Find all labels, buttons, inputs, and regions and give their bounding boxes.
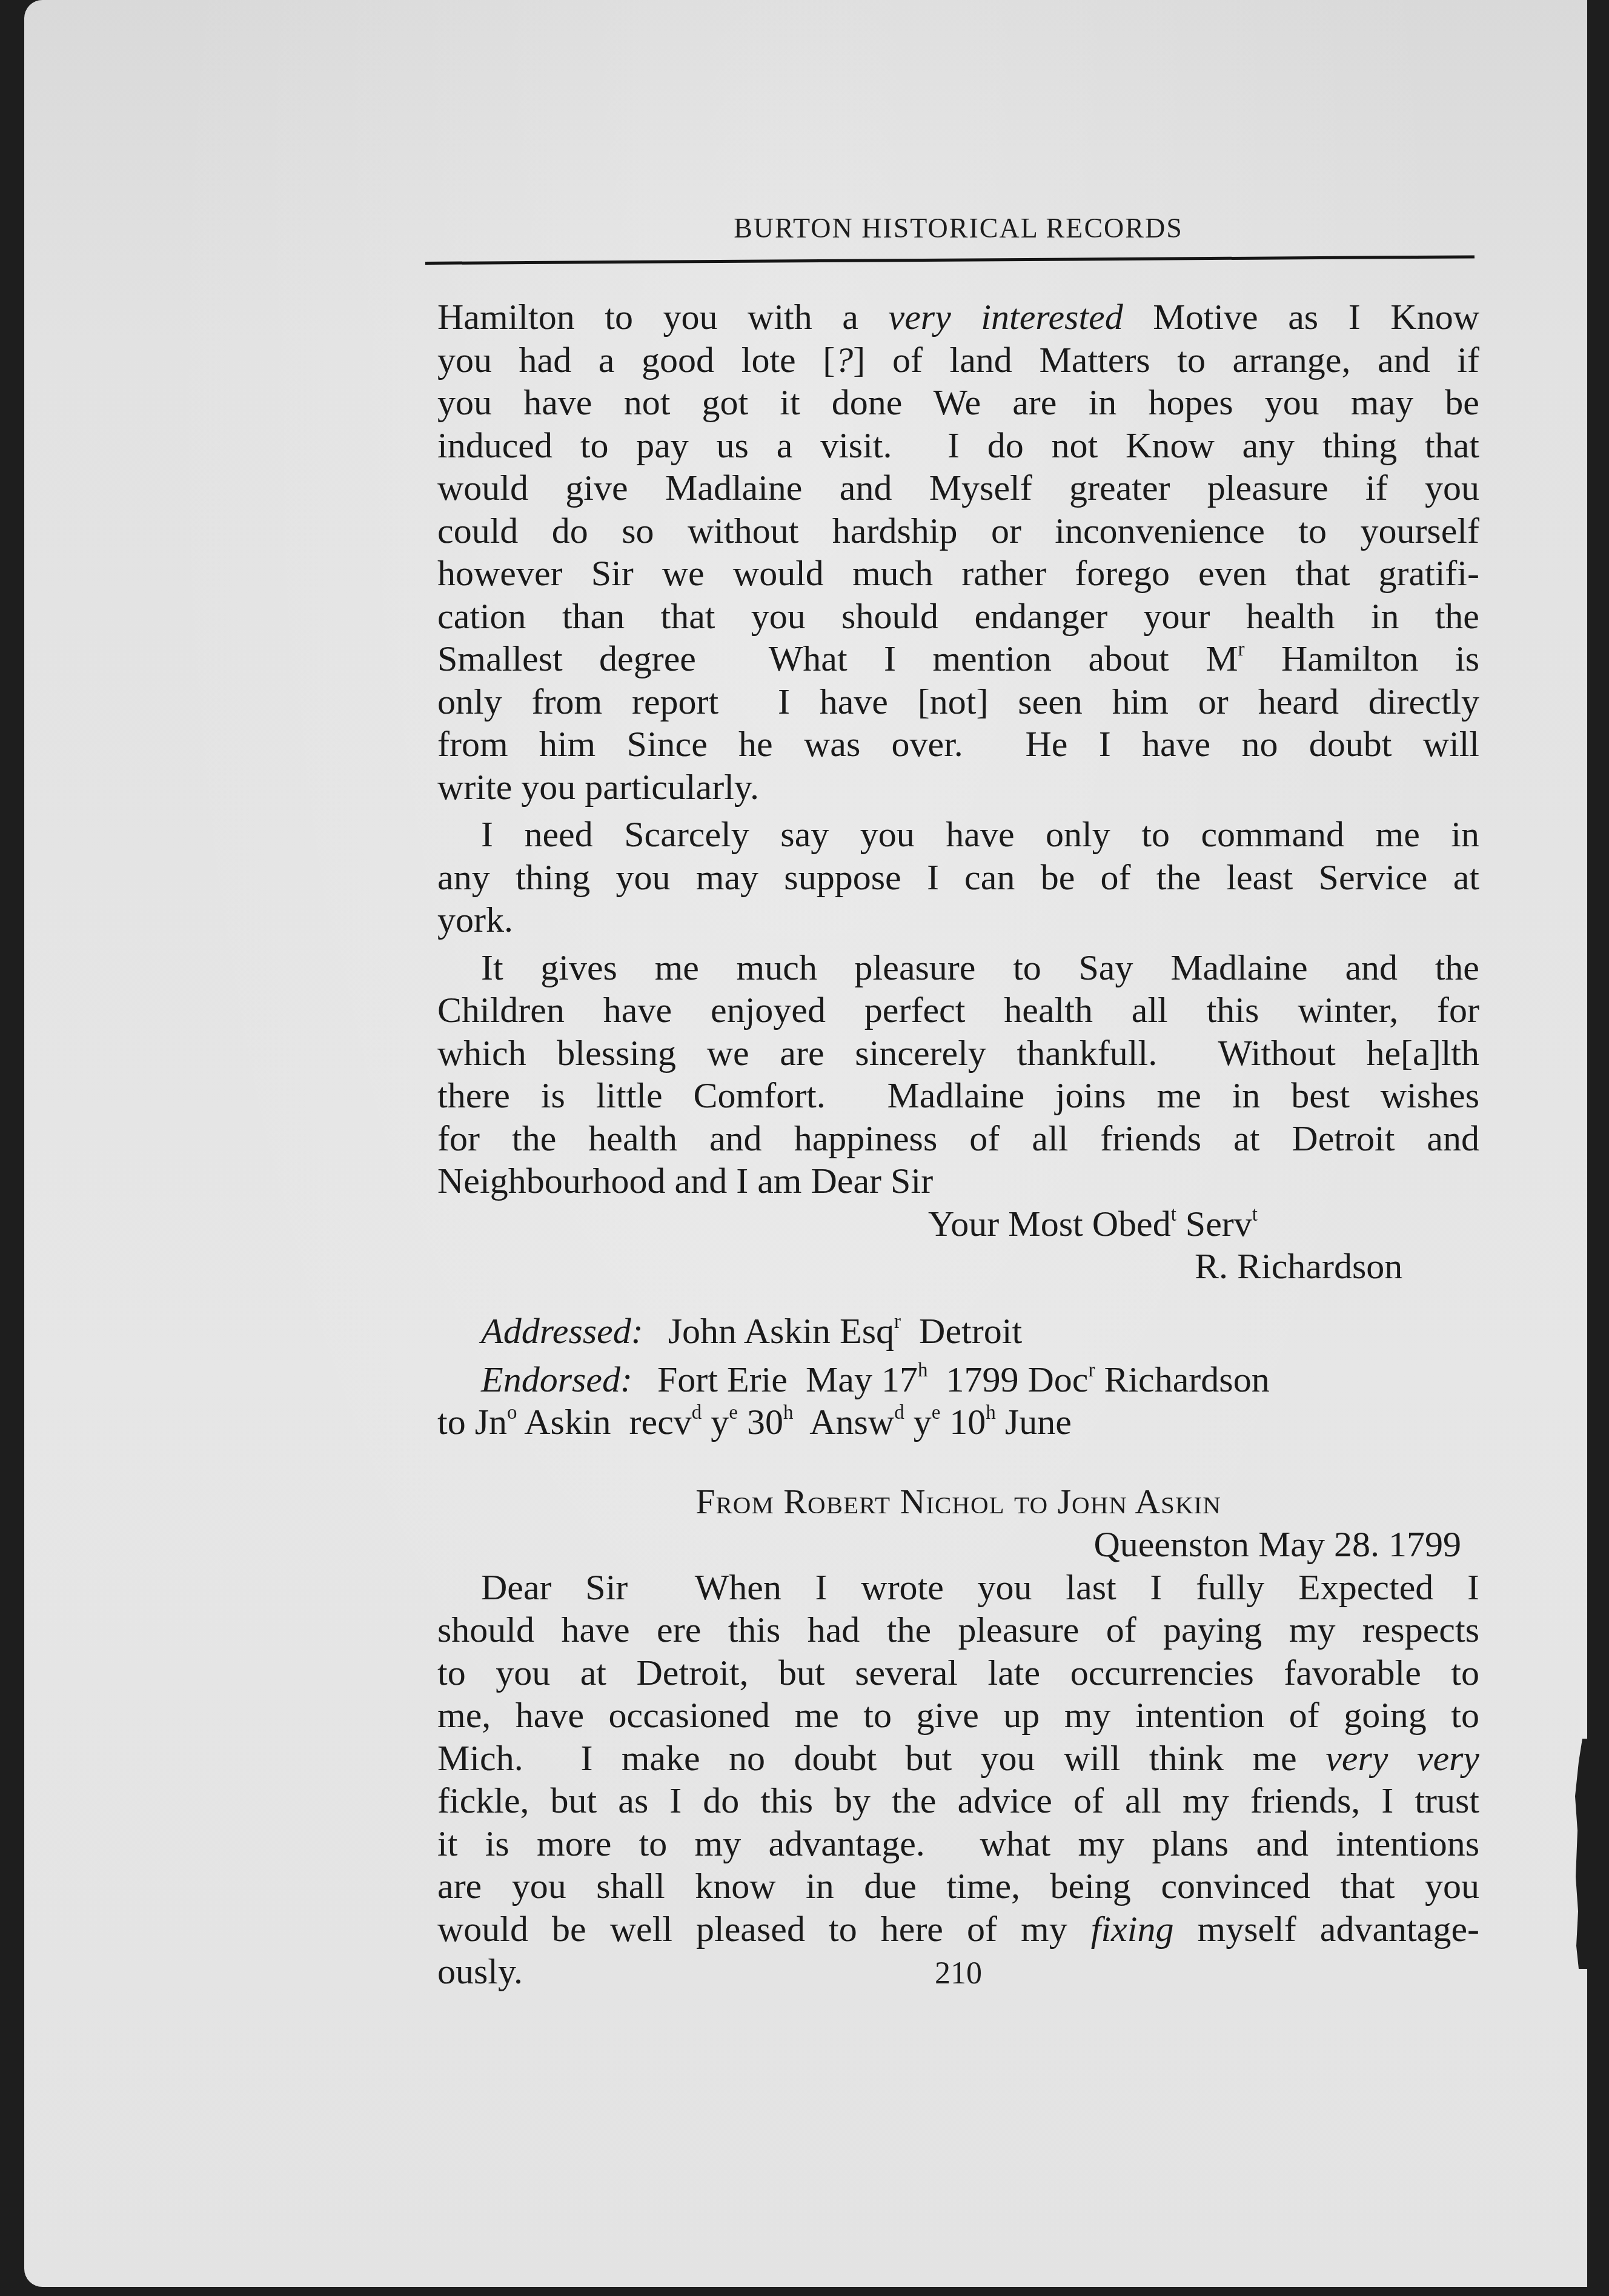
text-line: me, have occasioned me to give up my int… bbox=[437, 1694, 1479, 1737]
text-line: would be well pleased to here of my fixi… bbox=[437, 1908, 1479, 1951]
text-line: it is more to my advantage. what my plan… bbox=[437, 1822, 1479, 1865]
addressed-value: John Askin Esqr Detroit bbox=[668, 1311, 1022, 1351]
text-line: for the health and happiness of all frie… bbox=[437, 1117, 1479, 1160]
text-line: could do so without hardship or inconven… bbox=[437, 509, 1479, 552]
complimentary-close: Your Most Obedt Servt bbox=[437, 1203, 1479, 1246]
torn-page-edge bbox=[1575, 1739, 1587, 1969]
text-line: you have not got it done We are in hopes… bbox=[437, 381, 1479, 424]
text-line: Smallest degree What I mention about Mr … bbox=[437, 637, 1479, 680]
text-line: are you shall know in due time, being co… bbox=[437, 1865, 1479, 1908]
signature: R. Richardson bbox=[437, 1245, 1479, 1288]
text-line: should have ere this had the pleasure of… bbox=[437, 1608, 1479, 1651]
letter2-body: Dear Sir When I wrote you last I fully E… bbox=[437, 1566, 1479, 1993]
text-line: cation than that you should endanger you… bbox=[437, 595, 1479, 638]
text-line: from him Since he was over. He I have no… bbox=[437, 723, 1479, 766]
text-line: Hamilton to you with a very interested M… bbox=[437, 296, 1479, 339]
page-body: Hamilton to you with a very interested M… bbox=[437, 296, 1479, 1993]
text-line: there is little Comfort. Madlaine joins … bbox=[437, 1074, 1479, 1117]
letter1-paragraph-2: I need Scarcely say you have only to com… bbox=[437, 813, 1479, 941]
letter2-title: From Robert Nichol to John Askin bbox=[437, 1481, 1479, 1524]
text-line: Neighbourhood and I am Dear Sir bbox=[437, 1160, 1479, 1203]
letter1-paragraph-3: It gives me much pleasure to Say Madlain… bbox=[437, 946, 1479, 1203]
letter2-dateline: Queenston May 28. 1799 bbox=[437, 1523, 1479, 1566]
text-line: Children have enjoyed perfect health all… bbox=[437, 989, 1479, 1032]
text-line: write you particularly. bbox=[437, 766, 1479, 809]
addressed-note: Addressed: John Askin Esqr Detroit bbox=[437, 1310, 1479, 1352]
text-line: I need Scarcely say you have only to com… bbox=[437, 813, 1479, 856]
text-line: only from report I have [not] seen him o… bbox=[437, 680, 1479, 723]
text-line: york. bbox=[437, 898, 1479, 941]
running-head: BURTON HISTORICAL RECORDS bbox=[437, 212, 1479, 244]
text-line: to you at Detroit, but several late occu… bbox=[437, 1651, 1479, 1694]
text-line: however Sir we would much rather forego … bbox=[437, 552, 1479, 595]
text-line: fickle, but as I do this by the advice o… bbox=[437, 1779, 1479, 1822]
text-line: which blessing we are sincerely thankful… bbox=[437, 1032, 1479, 1075]
text-line: would give Madlaine and Myself greater p… bbox=[437, 466, 1479, 509]
endorsed-note-line2: to Jno Askin recvd ye 30h Answd ye 10h J… bbox=[437, 1401, 1479, 1443]
endorsed-value-line1: Fort Erie May 17h 1799 Docr Richardson bbox=[657, 1359, 1270, 1399]
text-line: Dear Sir When I wrote you last I fully E… bbox=[437, 1566, 1479, 1609]
page-number: 210 bbox=[437, 1956, 1479, 1991]
text-line: you had a good lote [?] of land Matters … bbox=[437, 339, 1479, 382]
text-line: Mich. I make no doubt but you will think… bbox=[437, 1737, 1479, 1780]
letter1-closing: Your Most Obedt Servt R. Richardson bbox=[437, 1203, 1479, 1288]
letter1-continuation: Hamilton to you with a very interested M… bbox=[437, 296, 1479, 808]
endorsed-label: Endorsed: bbox=[481, 1359, 632, 1399]
addressed-label: Addressed: bbox=[481, 1311, 643, 1351]
text-line: It gives me much pleasure to Say Madlain… bbox=[437, 946, 1479, 989]
endorsed-note: Endorsed: Fort Erie May 17h 1799 Docr Ri… bbox=[437, 1358, 1479, 1401]
text-line: any thing you may suppose I can be of th… bbox=[437, 856, 1479, 899]
text-line: induced to pay us a visit. I do not Know… bbox=[437, 424, 1479, 467]
